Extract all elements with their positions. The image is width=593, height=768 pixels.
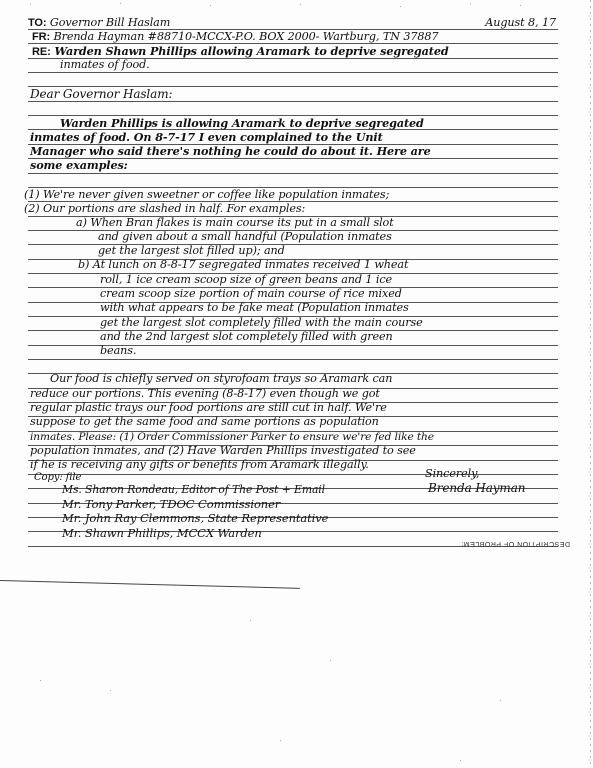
cc-line: Mr. John Ray Clemmons, State Representat… <box>62 511 593 525</box>
signature: Brenda Hayman <box>428 481 548 495</box>
sublist-text: When Bran flakes is main course its put … <box>90 216 393 229</box>
paragraph1-line: Warden Phillips is allowing Aramark to d… <box>60 116 593 130</box>
scan-speck <box>280 740 281 741</box>
scan-speck <box>300 4 301 5</box>
paragraph1-line: Manager who said there's nothing he coul… <box>30 144 570 158</box>
sublist-text: get the largest slot filled up); and <box>98 244 593 258</box>
list-text: Our portions are slashed in half. For ex… <box>43 202 305 215</box>
paragraph2-line: Our food is chiefly served on styrofoam … <box>50 372 590 386</box>
to-label: TO: <box>28 17 46 29</box>
sublist-text: At lunch on 8-8-17 segregated inmates re… <box>93 258 409 271</box>
scan-speck <box>250 620 251 621</box>
to-recipient: Governor Bill Haslam <box>50 16 170 29</box>
paragraph2-line: reduce our portions. This evening (8-8-1… <box>30 387 570 401</box>
from-sender: Brenda Hayman #88710-MCCX-P.O. BOX 2000-… <box>54 30 439 43</box>
to-line: TO: Governor Bill Haslam August 8, 17 <box>28 16 568 30</box>
scan-speck <box>500 700 501 701</box>
scan-speck <box>30 4 31 5</box>
paragraph2-line: inmates. Please: (1) Order Commissioner … <box>30 430 570 444</box>
scanned-letter-page: TO: Governor Bill Haslam August 8, 17 FR… <box>0 0 593 768</box>
sublist-text: and the 2nd largest slot completely fill… <box>100 330 593 344</box>
sincerely: Sincerely, <box>425 467 545 481</box>
subject-line-1: Warden Shawn Phillips allowing Aramark t… <box>54 44 448 58</box>
sublist-item-a: a) When Bran flakes is main course its p… <box>76 216 593 230</box>
sublist-text: and given about a small handful (Populat… <box>98 230 593 244</box>
ruled-line <box>28 359 558 360</box>
subject-line-2: inmates of food. <box>60 58 593 72</box>
paragraph2-line: suppose to get the same food and same po… <box>30 415 570 429</box>
scan-speck <box>400 6 401 7</box>
scan-speck <box>330 660 331 661</box>
list-item-2: (2) Our portions are slashed in half. Fo… <box>24 202 564 216</box>
scan-speck <box>520 5 521 6</box>
scan-speck <box>110 690 111 691</box>
scan-speck <box>470 3 471 4</box>
upside-down-form-label: DESCRIPTION OF PROBLEM: <box>430 540 570 547</box>
paragraph2-line: population inmates, and (2) Have Warden … <box>30 444 570 458</box>
paragraph1-line: some examples: <box>30 158 570 172</box>
paragraph1-line: inmates of food. On 8-7-17 I even compla… <box>30 130 570 144</box>
re-label: RE: <box>32 46 51 58</box>
sublist-text: beans. <box>100 344 593 358</box>
sublist-marker: b) <box>78 258 89 271</box>
list-marker: 1 <box>28 188 35 201</box>
scan-speck <box>40 680 41 681</box>
sublist-text: roll, 1 ice cream scoop size of green be… <box>100 273 593 287</box>
sublist-item-b: b) At lunch on 8-8-17 segregated inmates… <box>78 258 593 272</box>
ruled-line <box>28 173 558 174</box>
ruled-line <box>28 72 558 73</box>
re-line: RE: Warden Shawn Phillips allowing Arama… <box>32 44 572 58</box>
sublist-text: get the largest slot completely filled w… <box>100 316 593 330</box>
from-label: FR: <box>32 31 50 43</box>
salutation: Dear Governor Haslam: <box>30 87 570 101</box>
page-edge <box>590 0 591 768</box>
list-text: We're never given sweetner or coffee lik… <box>43 188 389 201</box>
list-item-1: (1) We're never given sweetner or coffee… <box>24 188 564 202</box>
cc-line: Mr. Shawn Phillips, MCCX Warden <box>62 526 593 540</box>
sublist-text: with what appears to be fake meat (Popul… <box>100 301 593 315</box>
list-marker: 2 <box>28 202 35 215</box>
stray-pen-line <box>0 580 300 589</box>
ruled-line <box>28 101 558 102</box>
sublist-text: cream scoop size portion of main course … <box>100 287 593 301</box>
scan-speck <box>460 760 461 761</box>
sublist-marker: a) <box>76 216 87 229</box>
paragraph2-line: regular plastic trays our food portions … <box>30 401 570 415</box>
scan-speck <box>120 3 121 4</box>
cc-line: Mr. Tony Parker, TDOC Commissioner <box>62 497 593 511</box>
from-line: FR: Brenda Hayman #88710-MCCX-P.O. BOX 2… <box>32 30 572 44</box>
letter-date: August 8, 17 <box>485 16 556 30</box>
scan-speck <box>210 5 211 6</box>
